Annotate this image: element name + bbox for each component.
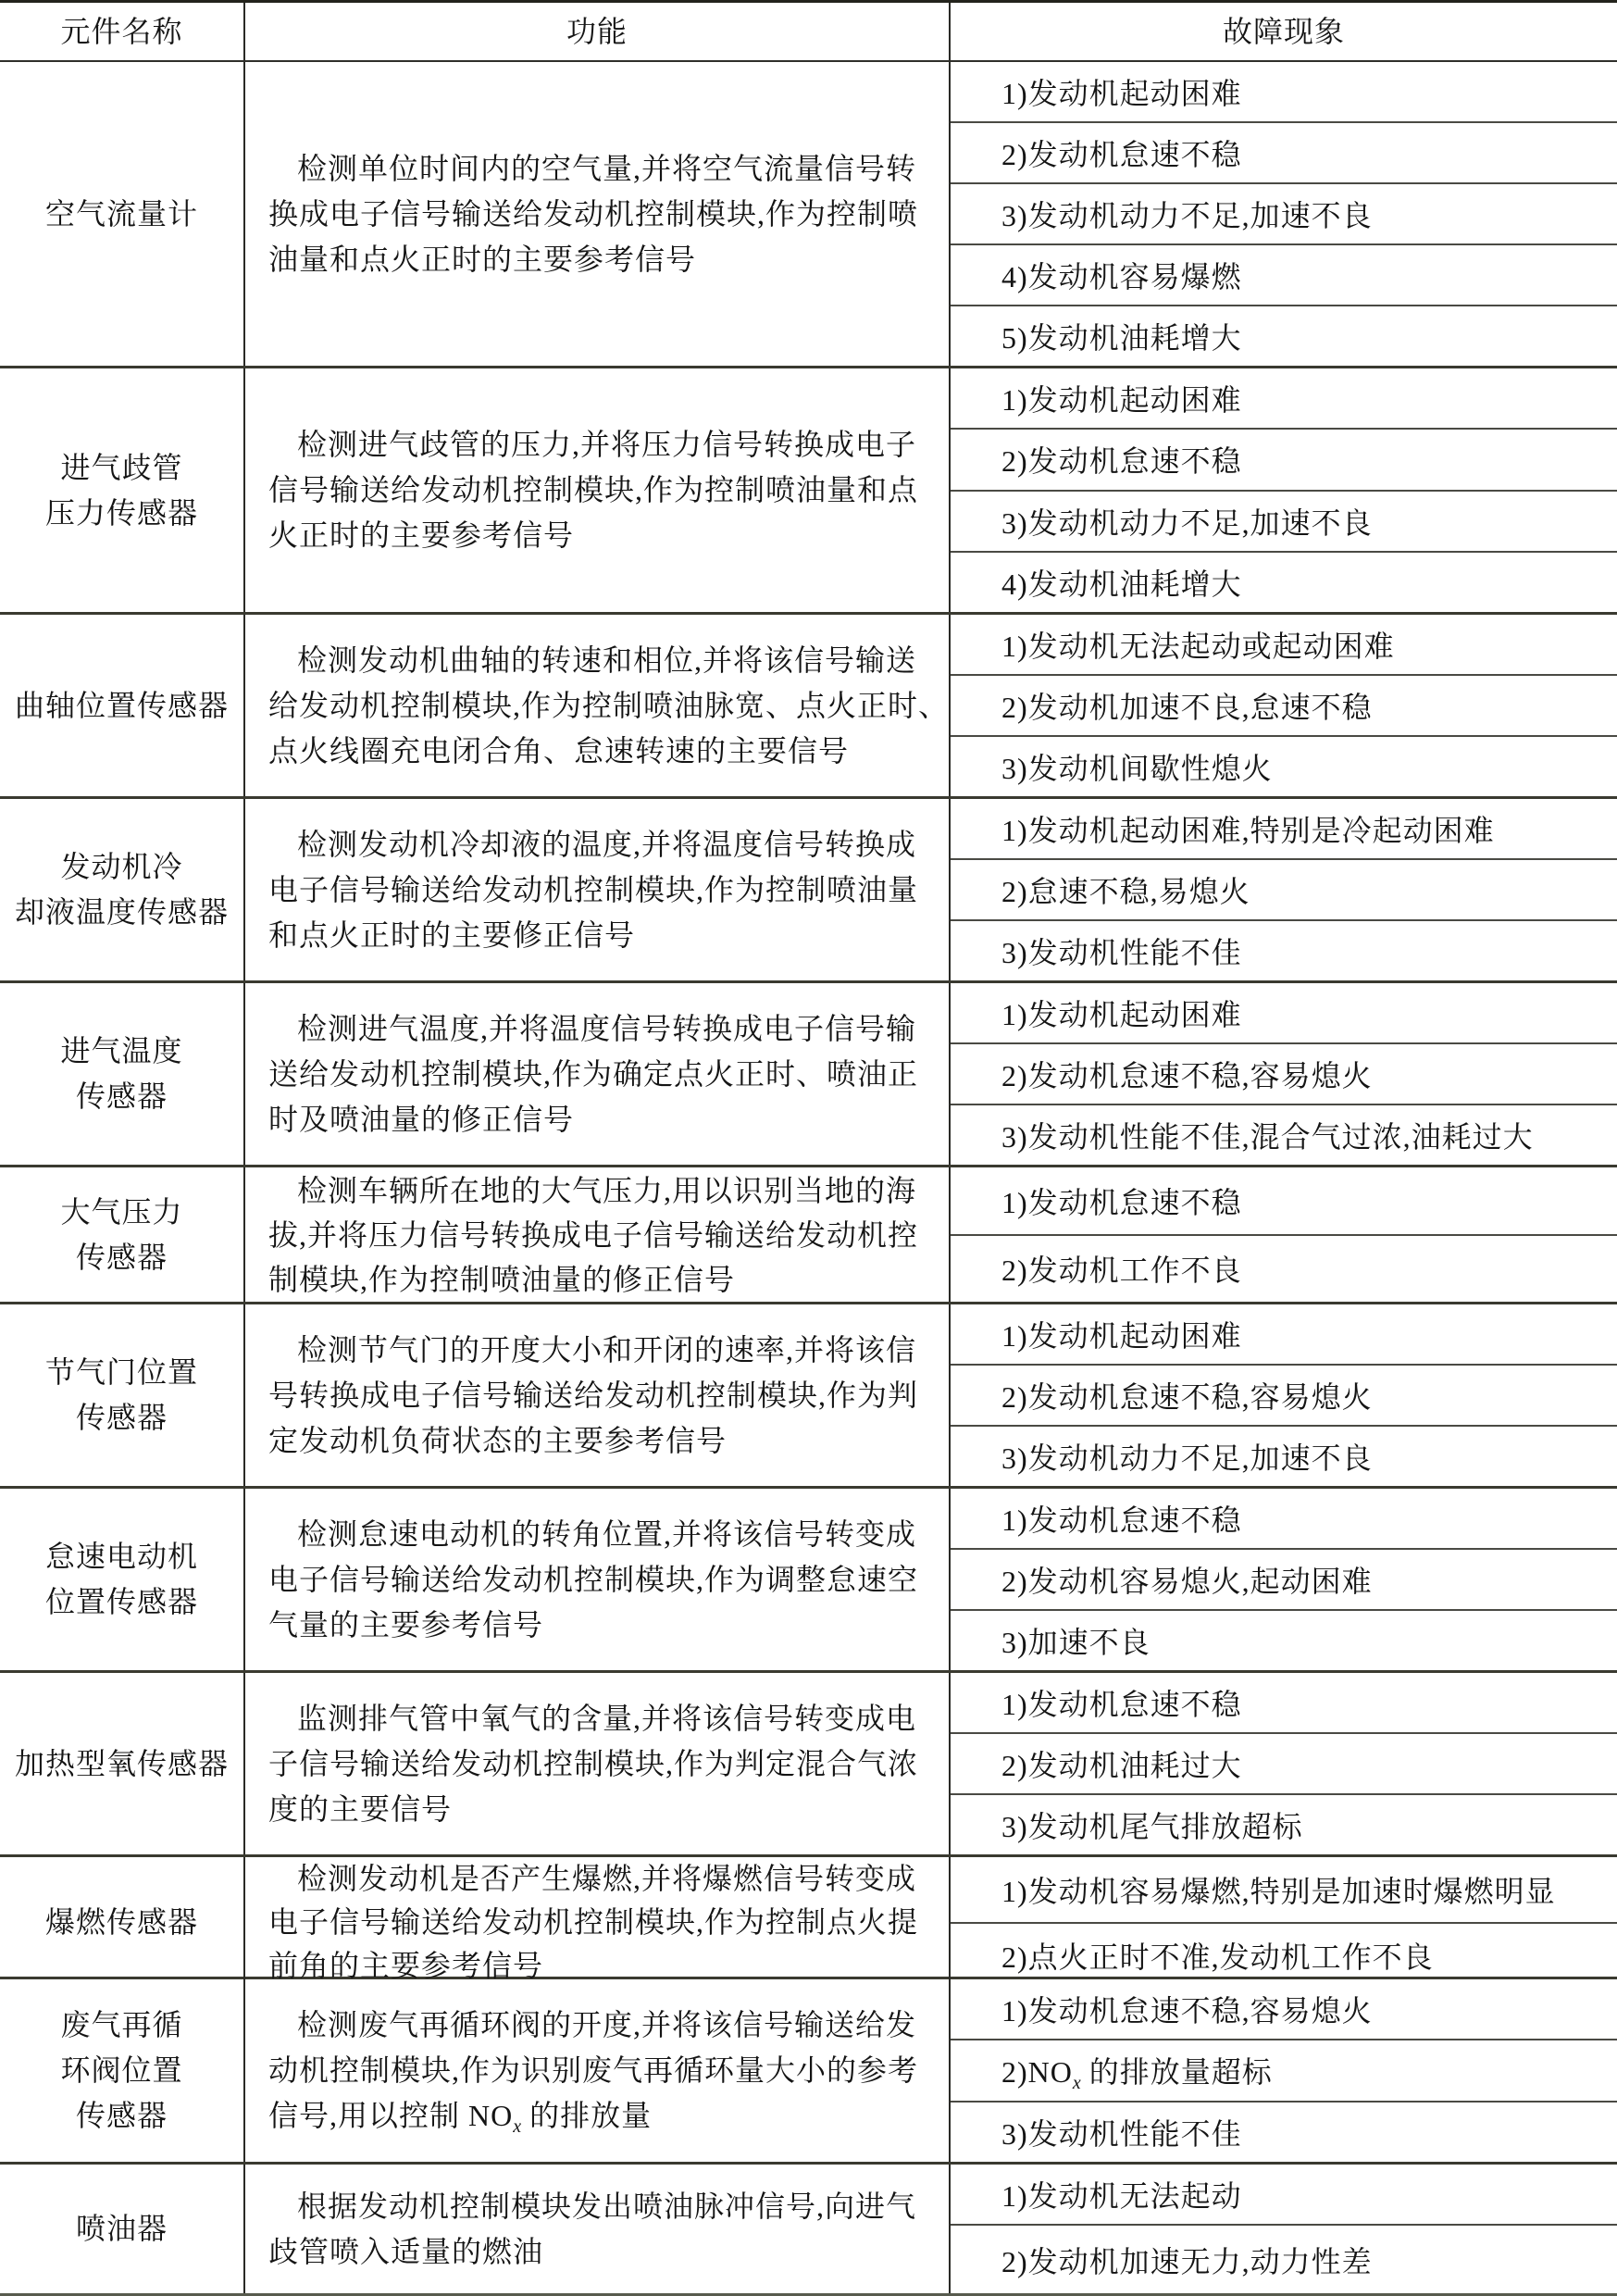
fault-item: 1)发动机起动困难,特别是冷起动困难 — [951, 799, 1617, 860]
fault-item: 4)发动机油耗增大 — [951, 553, 1617, 612]
fault-item: 2)发动机工作不良 — [951, 1236, 1617, 1303]
fault-list: 1)发动机无法起动或起动困难 2)发动机加速不良,怠速不稳 3)发动机间歇性熄火 — [951, 615, 1617, 796]
fault-item: 1)发动机怠速不稳 — [951, 1167, 1617, 1236]
function-cell: 检测发动机曲轴的转速和相位,并将该信号输送 给发动机控制模块,作为控制喷油脉宽、… — [245, 615, 951, 796]
sensor-fault-table: 元件名称 功能 故障现象 空气流量计 检测单位时间内的空气量,并将空气流量信号转… — [0, 0, 1617, 2296]
component-row: 废气再循 环阀位置 传感器 检测废气再循环阀的开度,并将该信号输送给发 动机控制… — [0, 1979, 1617, 2165]
fault-text: 2)怠速不稳,易熄火 — [1001, 868, 1250, 911]
component-name-cell: 爆燃传感器 — [0, 1857, 245, 1988]
component-row: 空气流量计 检测单位时间内的空气量,并将空气流量信号转 换成电子信号输送给发动机… — [0, 62, 1617, 368]
fault-item: 3)发动机性能不佳,混合气过浓,油耗过大 — [951, 1105, 1617, 1165]
component-row: 进气温度 传感器 检测进气温度,并将温度信号转换成电子信号输 送给发动机控制模块… — [0, 983, 1617, 1167]
fault-text: 1)发动机起动困难,特别是冷起动困难 — [1001, 807, 1495, 850]
component-name: 大气压力 传感器 — [60, 1190, 182, 1280]
component-name: 节气门位置 传感器 — [45, 1350, 198, 1441]
fault-list: 1)发动机起动困难 2)发动机怠速不稳 3)发动机动力不足,加速不良 4)发动机… — [951, 368, 1617, 612]
function-text: 检测单位时间内的空气量,并将空气流量信号转 换成电子信号输送给发动机控制模块,作… — [268, 146, 918, 282]
component-name: 喷油器 — [76, 2206, 168, 2252]
component-name: 进气温度 传感器 — [60, 1029, 182, 1119]
function-cell: 检测发动机是否产生爆燃,并将爆燃信号转变成 电子信号输送给发动机控制模块,作为控… — [245, 1857, 951, 1988]
component-name-cell: 发动机冷 却液温度传感器 — [0, 799, 245, 980]
fault-item: 3)发动机尾气排放超标 — [951, 1795, 1617, 1854]
function-cell: 检测发动机冷却液的温度,并将温度信号转换成 电子信号输送给发动机控制模块,作为控… — [245, 799, 951, 980]
component-row: 大气压力 传感器 检测车辆所在地的大气压力,用以识别当地的海 拔,并将压力信号转… — [0, 1167, 1617, 1304]
component-name-cell: 怠速电动机 位置传感器 — [0, 1489, 245, 1670]
component-name-cell: 进气温度 传感器 — [0, 983, 245, 1165]
function-text: 检测废气再循环阀的开度,并将该信号输送给发 动机控制模块,作为识别废气再循环量大… — [268, 2003, 918, 2139]
component-row: 发动机冷 却液温度传感器 检测发动机冷却液的温度,并将温度信号转换成 电子信号输… — [0, 799, 1617, 983]
fault-text: 3)发动机性能不佳 — [1001, 2111, 1242, 2153]
function-text: 根据发动机控制模块发出喷油脉冲信号,向进气 歧管喷入适量的燃油 — [268, 2184, 916, 2275]
header-function: 功能 — [245, 3, 951, 60]
fault-text: 1)发动机怠速不稳 — [1001, 1497, 1242, 1540]
header-label: 故障现象 — [1223, 9, 1345, 55]
component-name: 废气再循 环阀位置 传感器 — [60, 2003, 182, 2139]
fault-text-part: 2)NO — [1001, 2055, 1073, 2089]
function-text-part: 的排放量 — [521, 2099, 652, 2132]
fault-item: 5)发动机油耗增大 — [951, 306, 1617, 366]
fault-text: 2)发动机加速不良,怠速不稳 — [1001, 684, 1373, 727]
fault-item: 2)发动机加速无力,动力性差 — [951, 2226, 1617, 2293]
fault-text: 2)发动机油耗过大 — [1001, 1742, 1242, 1785]
fault-text: 3)加速不良 — [1001, 1619, 1151, 1662]
fault-item: 1)发动机起动困难 — [951, 983, 1617, 1044]
fault-text: 1)发动机无法起动 — [1001, 2173, 1242, 2215]
fault-item: 3)发动机动力不足,加速不良 — [951, 492, 1617, 553]
function-text: 检测发动机冷却液的温度,并将温度信号转换成 电子信号输送给发动机控制模块,作为控… — [268, 822, 918, 958]
fault-text: 3)发动机尾气排放超标 — [1001, 1803, 1303, 1846]
fault-item: 1)发动机怠速不稳 — [951, 1673, 1617, 1734]
fault-text: 1)发动机怠速不稳,容易熄火 — [1001, 1988, 1373, 2030]
fault-item: 3)发动机性能不佳 — [951, 921, 1617, 980]
function-cell: 检测节气门的开度大小和开闭的速率,并将该信 号转换成电子信号输送给发动机控制模块… — [245, 1304, 951, 1486]
component-name-cell: 废气再循 环阀位置 传感器 — [0, 1979, 245, 2162]
fault-list: 1)发动机怠速不稳 2)发动机工作不良 — [951, 1167, 1617, 1302]
component-name: 爆燃传感器 — [45, 1900, 198, 1945]
fault-item: 1)发动机起动困难 — [951, 1304, 1617, 1366]
fault-item: 2)发动机怠速不稳 — [951, 123, 1617, 184]
fault-text: 2)NOx 的排放量超标 — [1001, 2049, 1273, 2091]
fault-list: 1)发动机起动困难,特别是冷起动困难 2)怠速不稳,易熄火 3)发动机性能不佳 — [951, 799, 1617, 980]
function-cell: 检测车辆所在地的大气压力,用以识别当地的海 拔,并将压力信号转换成电子信号输送给… — [245, 1167, 951, 1302]
fault-list: 1)发动机怠速不稳 2)发动机容易熄火,起动困难 3)加速不良 — [951, 1489, 1617, 1670]
component-row: 加热型氧传感器 监测排气管中氧气的含量,并将该信号转变成电 子信号输送给发动机控… — [0, 1673, 1617, 1857]
function-text: 检测发动机是否产生爆燃,并将爆燃信号转变成 电子信号输送给发动机控制模块,作为控… — [268, 1857, 918, 1988]
fault-item: 2)发动机怠速不稳,容易熄火 — [951, 1366, 1617, 1427]
fault-item: 3)发动机间歇性熄火 — [951, 737, 1617, 796]
fault-item: 1)发动机怠速不稳 — [951, 1489, 1617, 1550]
fault-text: 3)发动机动力不足,加速不良 — [1001, 193, 1373, 235]
function-cell: 检测进气歧管的压力,并将压力信号转换成电子 信号输送给发动机控制模块,作为控制喷… — [245, 368, 951, 612]
fault-text: 2)点火正时不准,发动机工作不良 — [1001, 1934, 1434, 1977]
fault-item: 1)发动机容易爆燃,特别是加速时爆燃明显 — [951, 1857, 1617, 1924]
fault-list: 1)发动机起动困难 2)发动机怠速不稳,容易熄火 3)发动机动力不足,加速不良 — [951, 1304, 1617, 1486]
fault-text: 3)发动机性能不佳,混合气过浓,油耗过大 — [1001, 1114, 1534, 1156]
function-cell: 检测进气温度,并将温度信号转换成电子信号输 送给发动机控制模块,作为确定点火正时… — [245, 983, 951, 1165]
function-text: 检测节气门的开度大小和开闭的速率,并将该信 号转换成电子信号输送给发动机控制模块… — [268, 1328, 918, 1464]
component-row: 怠速电动机 位置传感器 检测怠速电动机的转角位置,并将该信号转变成 电子信号输送… — [0, 1489, 1617, 1673]
fault-item: 3)发动机动力不足,加速不良 — [951, 1427, 1617, 1486]
component-name: 曲轴位置传感器 — [15, 683, 229, 729]
fault-item: 2)怠速不稳,易熄火 — [951, 860, 1617, 921]
fault-item: 2)发动机怠速不稳 — [951, 430, 1617, 491]
fault-text: 4)发动机容易爆燃 — [1001, 254, 1242, 296]
component-row: 进气歧管 压力传感器 检测进气歧管的压力,并将压力信号转换成电子 信号输送给发动… — [0, 368, 1617, 615]
function-text: 检测怠速电动机的转角位置,并将该信号转变成 电子信号输送给发动机控制模块,作为调… — [268, 1512, 918, 1648]
function-cell: 检测怠速电动机的转角位置,并将该信号转变成 电子信号输送给发动机控制模块,作为调… — [245, 1489, 951, 1670]
subscript-x: x — [513, 2116, 521, 2137]
header-component-name: 元件名称 — [0, 3, 245, 60]
component-name-cell: 喷油器 — [0, 2165, 245, 2293]
fault-text: 1)发动机起动困难 — [1001, 992, 1242, 1034]
function-text: 检测车辆所在地的大气压力,用以识别当地的海 拔,并将压力信号转换成电子信号输送给… — [268, 1168, 918, 1302]
fault-text: 2)发动机怠速不稳,容易熄火 — [1001, 1374, 1373, 1416]
fault-text: 3)发动机间歇性熄火 — [1001, 745, 1273, 788]
component-name-cell: 加热型氧传感器 — [0, 1673, 245, 1854]
fault-item: 2)发动机容易熄火,起动困难 — [951, 1550, 1617, 1611]
component-row: 爆燃传感器 检测发动机是否产生爆燃,并将爆燃信号转变成 电子信号输送给发动机控制… — [0, 1857, 1617, 1979]
component-row: 节气门位置 传感器 检测节气门的开度大小和开闭的速率,并将该信 号转换成电子信号… — [0, 1304, 1617, 1489]
fault-item: 2)点火正时不准,发动机工作不良 — [951, 1924, 1617, 1989]
header-label: 功能 — [566, 9, 628, 55]
component-name-cell: 节气门位置 传感器 — [0, 1304, 245, 1486]
function-text: 检测进气歧管的压力,并将压力信号转换成电子 信号输送给发动机控制模块,作为控制喷… — [268, 422, 918, 558]
component-row: 喷油器 根据发动机控制模块发出喷油脉冲信号,向进气 歧管喷入适量的燃油 1)发动… — [0, 2165, 1617, 2296]
function-cell: 检测单位时间内的空气量,并将空气流量信号转 换成电子信号输送给发动机控制模块,作… — [245, 62, 951, 366]
fault-text: 3)发动机动力不足,加速不良 — [1001, 500, 1373, 543]
function-text: 检测进气温度,并将温度信号转换成电子信号输 送给发动机控制模块,作为确定点火正时… — [268, 1006, 918, 1142]
component-name: 怠速电动机 位置传感器 — [45, 1534, 198, 1625]
fault-item: 1)发动机无法起动 — [951, 2165, 1617, 2226]
fault-text: 1)发动机无法起动或起动困难 — [1001, 623, 1395, 666]
fault-item: 1)发动机无法起动或起动困难 — [951, 615, 1617, 676]
fault-text: 3)发动机动力不足,加速不良 — [1001, 1435, 1373, 1478]
fault-item: 2)发动机加速不良,怠速不稳 — [951, 676, 1617, 737]
fault-text: 5)发动机油耗增大 — [1001, 315, 1242, 357]
fault-item: 4)发动机容易爆燃 — [951, 245, 1617, 306]
component-name-cell: 大气压力 传感器 — [0, 1167, 245, 1302]
fault-list: 1)发动机无法起动 2)发动机加速无力,动力性差 — [951, 2165, 1617, 2293]
fault-item: 2)NOx 的排放量超标 — [951, 2040, 1617, 2102]
fault-list: 1)发动机起动困难 2)发动机怠速不稳,容易熄火 3)发动机性能不佳,混合气过浓… — [951, 983, 1617, 1165]
function-cell: 根据发动机控制模块发出喷油脉冲信号,向进气 歧管喷入适量的燃油 — [245, 2165, 951, 2293]
component-name: 进气歧管 压力传感器 — [45, 445, 198, 536]
fault-text: 2)发动机怠速不稳,容易熄火 — [1001, 1053, 1373, 1095]
fault-text: 1)发动机容易爆燃,特别是加速时爆燃明显 — [1001, 1868, 1556, 1911]
fault-item: 1)发动机起动困难 — [951, 62, 1617, 123]
fault-text: 1)发动机起动困难 — [1001, 1313, 1242, 1355]
fault-text: 2)发动机怠速不稳 — [1001, 131, 1242, 174]
function-text: 检测发动机曲轴的转速和相位,并将该信号输送 给发动机控制模块,作为控制喷油脉宽、… — [268, 638, 949, 774]
component-name-cell: 曲轴位置传感器 — [0, 615, 245, 796]
function-text: 监测排气管中氧气的含量,并将该信号转变成电 子信号输送给发动机控制模块,作为判定… — [268, 1696, 918, 1832]
header-label: 元件名称 — [60, 9, 182, 55]
fault-item: 2)发动机油耗过大 — [951, 1734, 1617, 1795]
fault-item: 2)发动机怠速不稳,容易熄火 — [951, 1044, 1617, 1105]
fault-item: 3)发动机动力不足,加速不良 — [951, 184, 1617, 245]
fault-item: 3)发动机性能不佳 — [951, 2103, 1617, 2162]
fault-text: 2)发动机容易熄火,起动困难 — [1001, 1558, 1373, 1601]
fault-text: 4)发动机油耗增大 — [1001, 561, 1242, 604]
table-header-row: 元件名称 功能 故障现象 — [0, 0, 1617, 62]
function-cell: 检测废气再循环阀的开度,并将该信号输送给发 动机控制模块,作为识别废气再循环量大… — [245, 1979, 951, 2162]
fault-text: 1)发动机起动困难 — [1001, 70, 1242, 113]
component-row: 曲轴位置传感器 检测发动机曲轴的转速和相位,并将该信号输送 给发动机控制模块,作… — [0, 615, 1617, 799]
fault-item: 1)发动机起动困难 — [951, 368, 1617, 430]
fault-text: 3)发动机性能不佳 — [1001, 930, 1242, 972]
fault-list: 1)发动机怠速不稳 2)发动机油耗过大 3)发动机尾气排放超标 — [951, 1673, 1617, 1854]
fault-item: 1)发动机怠速不稳,容易熄火 — [951, 1979, 1617, 2040]
component-name-cell: 空气流量计 — [0, 62, 245, 366]
fault-text: 1)发动机怠速不稳 — [1001, 1179, 1242, 1222]
component-name-cell: 进气歧管 压力传感器 — [0, 368, 245, 612]
subscript-x: x — [1073, 2073, 1081, 2093]
fault-item: 3)加速不良 — [951, 1611, 1617, 1670]
fault-text: 2)发动机工作不良 — [1001, 1247, 1242, 1290]
fault-list: 1)发动机容易爆燃,特别是加速时爆燃明显 2)点火正时不准,发动机工作不良 — [951, 1857, 1617, 1988]
component-name: 空气流量计 — [45, 192, 198, 237]
fault-list: 1)发动机起动困难 2)发动机怠速不稳 3)发动机动力不足,加速不良 4)发动机… — [951, 62, 1617, 366]
fault-text: 1)发动机怠速不稳 — [1001, 1681, 1242, 1724]
fault-text: 2)发动机加速无力,动力性差 — [1001, 2239, 1373, 2281]
component-name: 发动机冷 却液温度传感器 — [15, 844, 229, 935]
fault-text: 2)发动机怠速不稳 — [1001, 438, 1242, 480]
fault-text-part: 的排放量超标 — [1081, 2055, 1273, 2089]
header-fault-symptoms: 故障现象 — [951, 3, 1617, 60]
fault-list: 1)发动机怠速不稳,容易熄火 2)NOx 的排放量超标 3)发动机性能不佳 — [951, 1979, 1617, 2162]
fault-text: 1)发动机起动困难 — [1001, 377, 1242, 419]
component-name: 加热型氧传感器 — [15, 1741, 229, 1787]
function-cell: 监测排气管中氧气的含量,并将该信号转变成电 子信号输送给发动机控制模块,作为判定… — [245, 1673, 951, 1854]
